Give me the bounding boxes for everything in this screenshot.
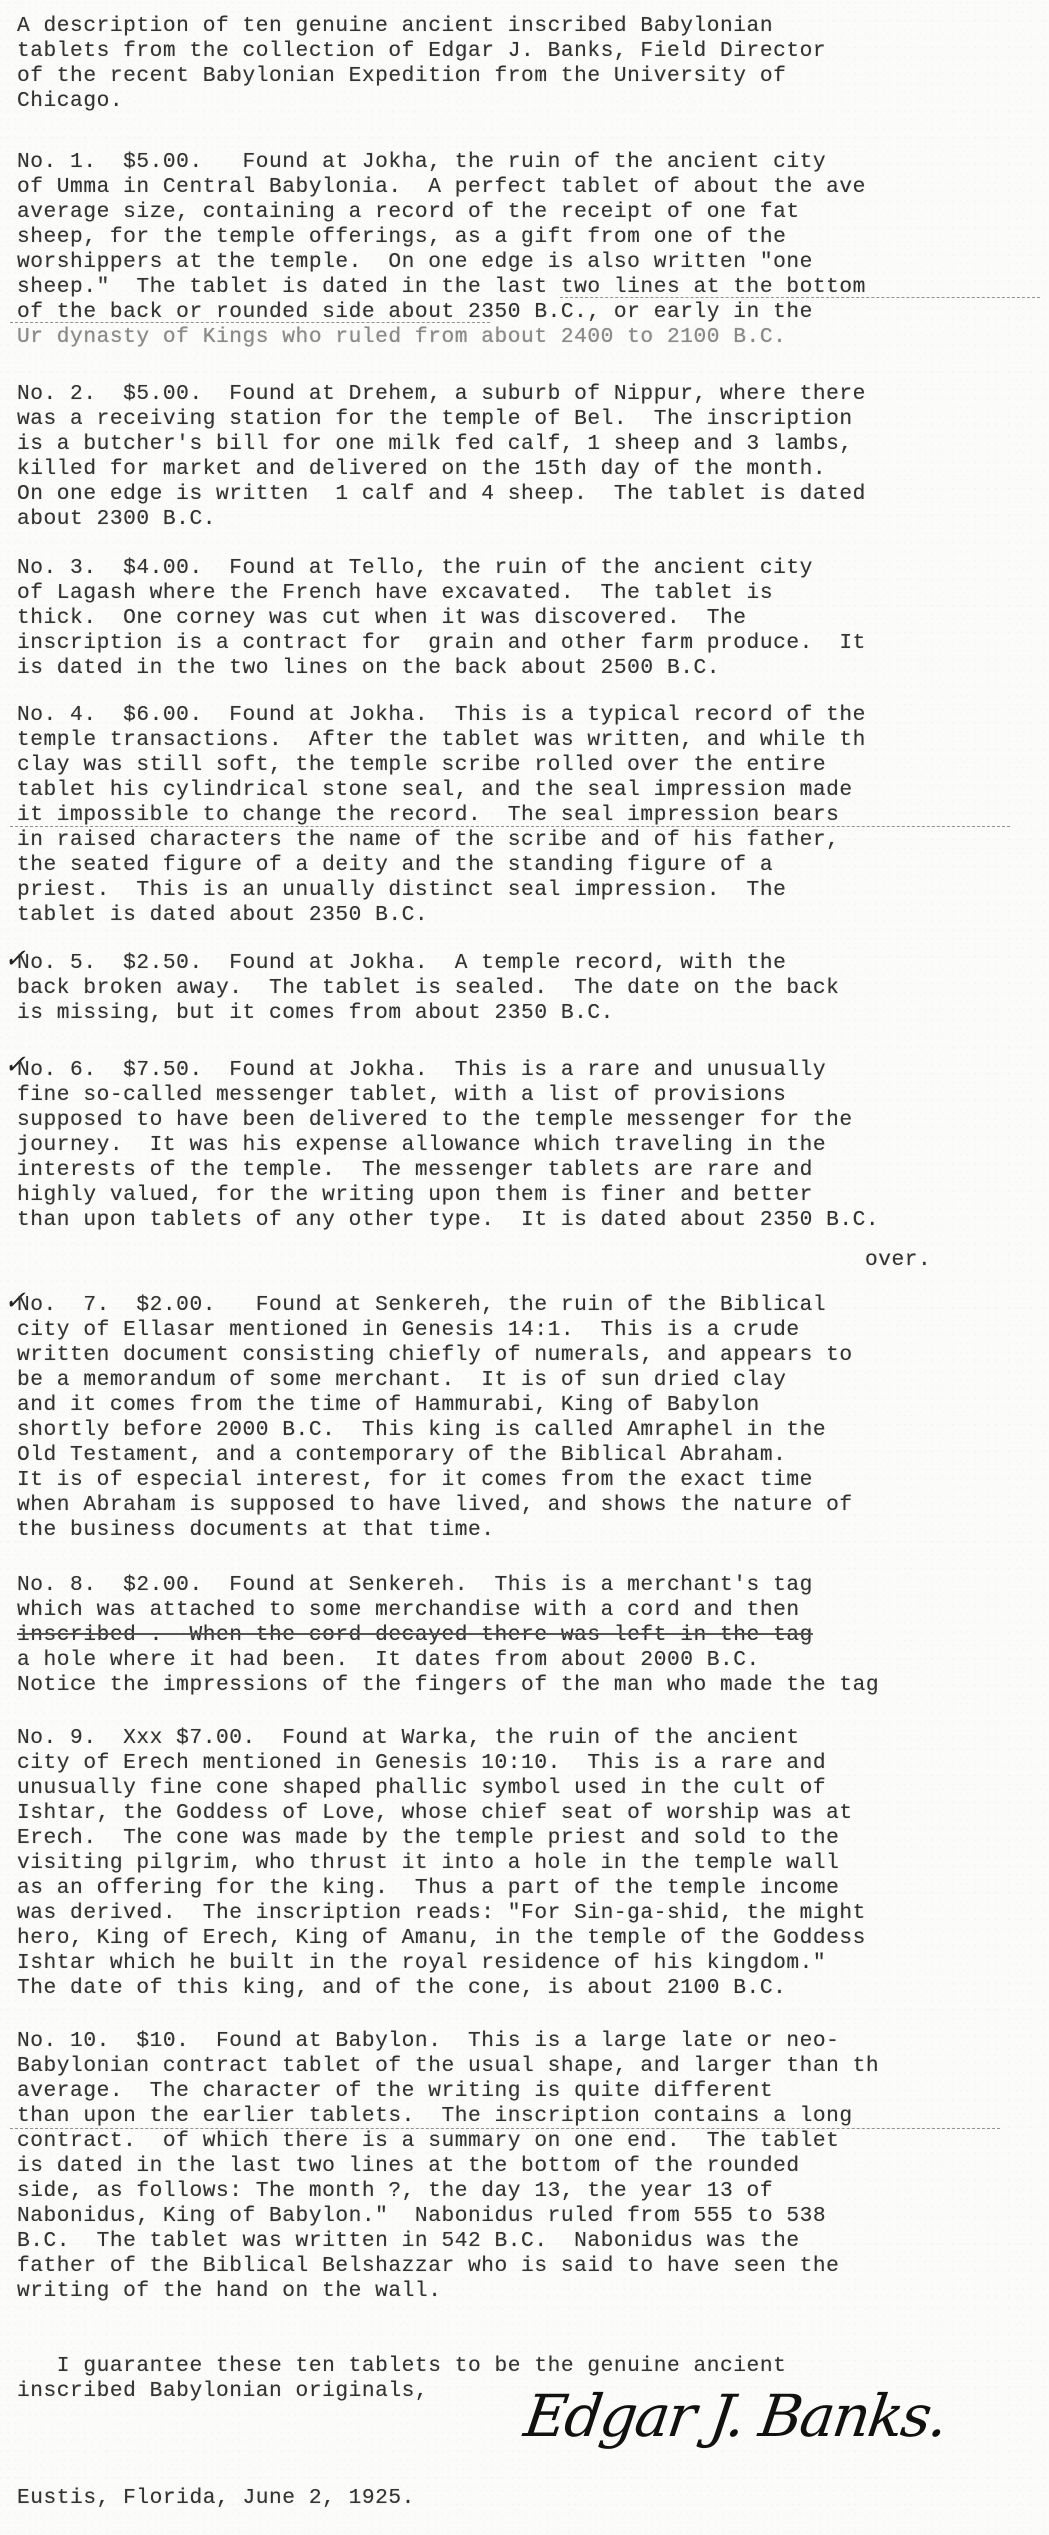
entry-line: Erech. The cone was made by the temple p… xyxy=(17,1826,839,1850)
entry-line: sheep, for the temple offerings, as a gi… xyxy=(17,225,786,249)
typewritten-page: A description of ten genuine ancient ins… xyxy=(0,0,1049,2535)
entry-line: as an offering for the king. Thus a part… xyxy=(17,1876,839,1900)
entry-line: Notice the impressions of the fingers of… xyxy=(17,1673,879,1697)
entry-line: contract. of which there is a summary on… xyxy=(17,2129,839,2153)
dateline: Eustis, Florida, June 2, 1925. xyxy=(17,2486,415,2510)
entry-line: writing of the hand on the wall. xyxy=(17,2279,441,2303)
entry-line: back broken away. The tablet is sealed. … xyxy=(17,976,839,1000)
entry-line: is missing, but it comes from about 2350… xyxy=(17,1001,614,1025)
entry-line: hero, King of Erech, King of Amanu, in t… xyxy=(17,1926,866,1950)
intro-line: A description of ten genuine ancient ins… xyxy=(17,14,773,38)
entry-line: No. 2. $5.00. Found at Drehem, a suburb … xyxy=(17,382,866,406)
entry-line: No. 6. $7.50. Found at Jokha. This is a … xyxy=(17,1058,826,1082)
entry-line: B.C. The tablet was written in 542 B.C. … xyxy=(17,2229,800,2253)
entry-line: than upon the earlier tablets. The inscr… xyxy=(17,2104,853,2128)
entry-line: tablet is dated about 2350 B.C. xyxy=(17,903,428,927)
entry-line: visiting pilgrim, who thrust it into a h… xyxy=(17,1851,839,1875)
handwritten-signature: Edgar J. Banks. xyxy=(520,2382,950,2450)
smudge-rule xyxy=(560,297,1040,298)
entry-line: fine so-called messenger tablet, with a … xyxy=(17,1083,786,1107)
entry-line: than upon tablets of any other type. It … xyxy=(17,1208,879,1232)
entry-line: No. 8. $2.00. Found at Senkereh. This is… xyxy=(17,1573,813,1597)
entry-line: priest. This is an unually distinct seal… xyxy=(17,878,786,902)
entry-line: The date of this king, and of the cone, … xyxy=(17,1976,786,2000)
entry-line: journey. It was his expense allowance wh… xyxy=(17,1133,826,1157)
entry-line: about 2300 B.C. xyxy=(17,507,216,531)
page-note-over: over. xyxy=(865,1248,931,1272)
intro-line: of the recent Babylonian Expedition from… xyxy=(17,64,786,88)
entry-line: be a memorandum of some merchant. It is … xyxy=(17,1368,786,1392)
entry-line: sheep." The tablet is dated in the last … xyxy=(17,275,866,299)
entry-line: No. 3. $4.00. Found at Tello, the ruin o… xyxy=(17,556,813,580)
entry-line: written document consisting chiefly of n… xyxy=(17,1343,853,1367)
entry-line: thick. One corney was cut when it was di… xyxy=(17,606,747,630)
intro-line: tablets from the collection of Edgar J. … xyxy=(17,39,826,63)
guarantee-line: inscribed Babylonian originals, xyxy=(17,2379,428,2403)
intro-line: Chicago. xyxy=(17,89,123,113)
entry-line: killed for market and delivered on the 1… xyxy=(17,457,826,481)
entry-line: a hole where it had been. It dates from … xyxy=(17,1648,760,1672)
entry-line: inscribed . When the cord decayed there … xyxy=(17,1623,813,1647)
entry-line: Ur dynasty of Kings who ruled from about… xyxy=(17,325,786,349)
entry-line: Nabonidus, King of Babylon." Nabonidus r… xyxy=(17,2204,826,2228)
entry-line: city of Ellasar mentioned in Genesis 14:… xyxy=(17,1318,800,1342)
entry-line: No. 10. $10. Found at Babylon. This is a… xyxy=(17,2029,839,2053)
entry-line: is a butcher's bill for one milk fed cal… xyxy=(17,432,853,456)
entry-line: shortly before 2000 B.C. This king is ca… xyxy=(17,1418,826,1442)
entry-line: which was attached to some merchandise w… xyxy=(17,1598,800,1622)
entry-line: of the back or rounded side about 2350 B… xyxy=(17,300,813,324)
entry-line: unusually fine cone shaped phallic symbo… xyxy=(17,1776,826,1800)
entry-line: No. 4. $6.00. Found at Jokha. This is a … xyxy=(17,703,866,727)
entry-line: is dated in the two lines on the back ab… xyxy=(17,656,720,680)
entry-line: of Umma in Central Babylonia. A perfect … xyxy=(17,175,866,199)
entry-line: No. 5. $2.50. Found at Jokha. A temple r… xyxy=(17,951,786,975)
entry-line: worshippers at the temple. On one edge i… xyxy=(17,250,813,274)
entry-line: father of the Biblical Belshazzar who is… xyxy=(17,2254,839,2278)
entry-line: Ishtar which he built in the royal resid… xyxy=(17,1951,826,1975)
entry-line: Babylonian contract tablet of the usual … xyxy=(17,2054,879,2078)
entry-line: highly valued, for the writing upon them… xyxy=(17,1183,813,1207)
entry-line: clay was still soft, the temple scribe r… xyxy=(17,753,826,777)
entry-line: No. 7. $2.00. Found at Senkereh, the rui… xyxy=(17,1293,826,1317)
entry-line: is dated in the last two lines at the bo… xyxy=(17,2154,800,2178)
entry-line: Old Testament, and a contemporary of the… xyxy=(17,1443,786,1467)
entry-line: average size, containing a record of the… xyxy=(17,200,800,224)
entry-line: interests of the temple. The messenger t… xyxy=(17,1158,813,1182)
entry-line: temple transactions. After the tablet wa… xyxy=(17,728,866,752)
entry-line: tablet his cylindrical stone seal, and t… xyxy=(17,778,853,802)
entry-line: side, as follows: The month ?, the day 1… xyxy=(17,2179,773,2203)
entry-line: was a receiving station for the temple o… xyxy=(17,407,853,431)
smudge-rule xyxy=(10,2128,1000,2129)
entry-line: No. 9. Xxx $7.00. Found at Warka, the ru… xyxy=(17,1726,800,1750)
entry-line: It is of especial interest, for it comes… xyxy=(17,1468,813,1492)
entry-line: average. The character of the writing is… xyxy=(17,2079,773,2103)
entry-line: in raised characters the name of the scr… xyxy=(17,828,839,852)
guarantee-line: I guarantee these ten tablets to be the … xyxy=(17,2354,786,2378)
entry-line: of Lagash where the French have excavate… xyxy=(17,581,773,605)
entry-line: the business documents at that time. xyxy=(17,1518,495,1542)
entry-line: when Abraham is supposed to have lived, … xyxy=(17,1493,853,1517)
entry-line: the seated figure of a deity and the sta… xyxy=(17,853,773,877)
entry-line: On one edge is written 1 calf and 4 shee… xyxy=(17,482,866,506)
entry-line: it impossible to change the record. The … xyxy=(17,803,839,827)
smudge-rule xyxy=(10,322,490,323)
entry-line: inscription is a contract for grain and … xyxy=(17,631,866,655)
entry-line: city of Erech mentioned in Genesis 10:10… xyxy=(17,1751,826,1775)
entry-line: and it comes from the time of Hammurabi,… xyxy=(17,1393,760,1417)
entry-line: No. 1. $5.00. Found at Jokha, the ruin o… xyxy=(17,150,826,174)
entry-line: Ishtar, the Goddess of Love, whose chief… xyxy=(17,1801,853,1825)
entry-line: was derived. The inscription reads: "For… xyxy=(17,1901,866,1925)
smudge-rule xyxy=(10,826,1010,827)
entry-line: supposed to have been delivered to the t… xyxy=(17,1108,853,1132)
